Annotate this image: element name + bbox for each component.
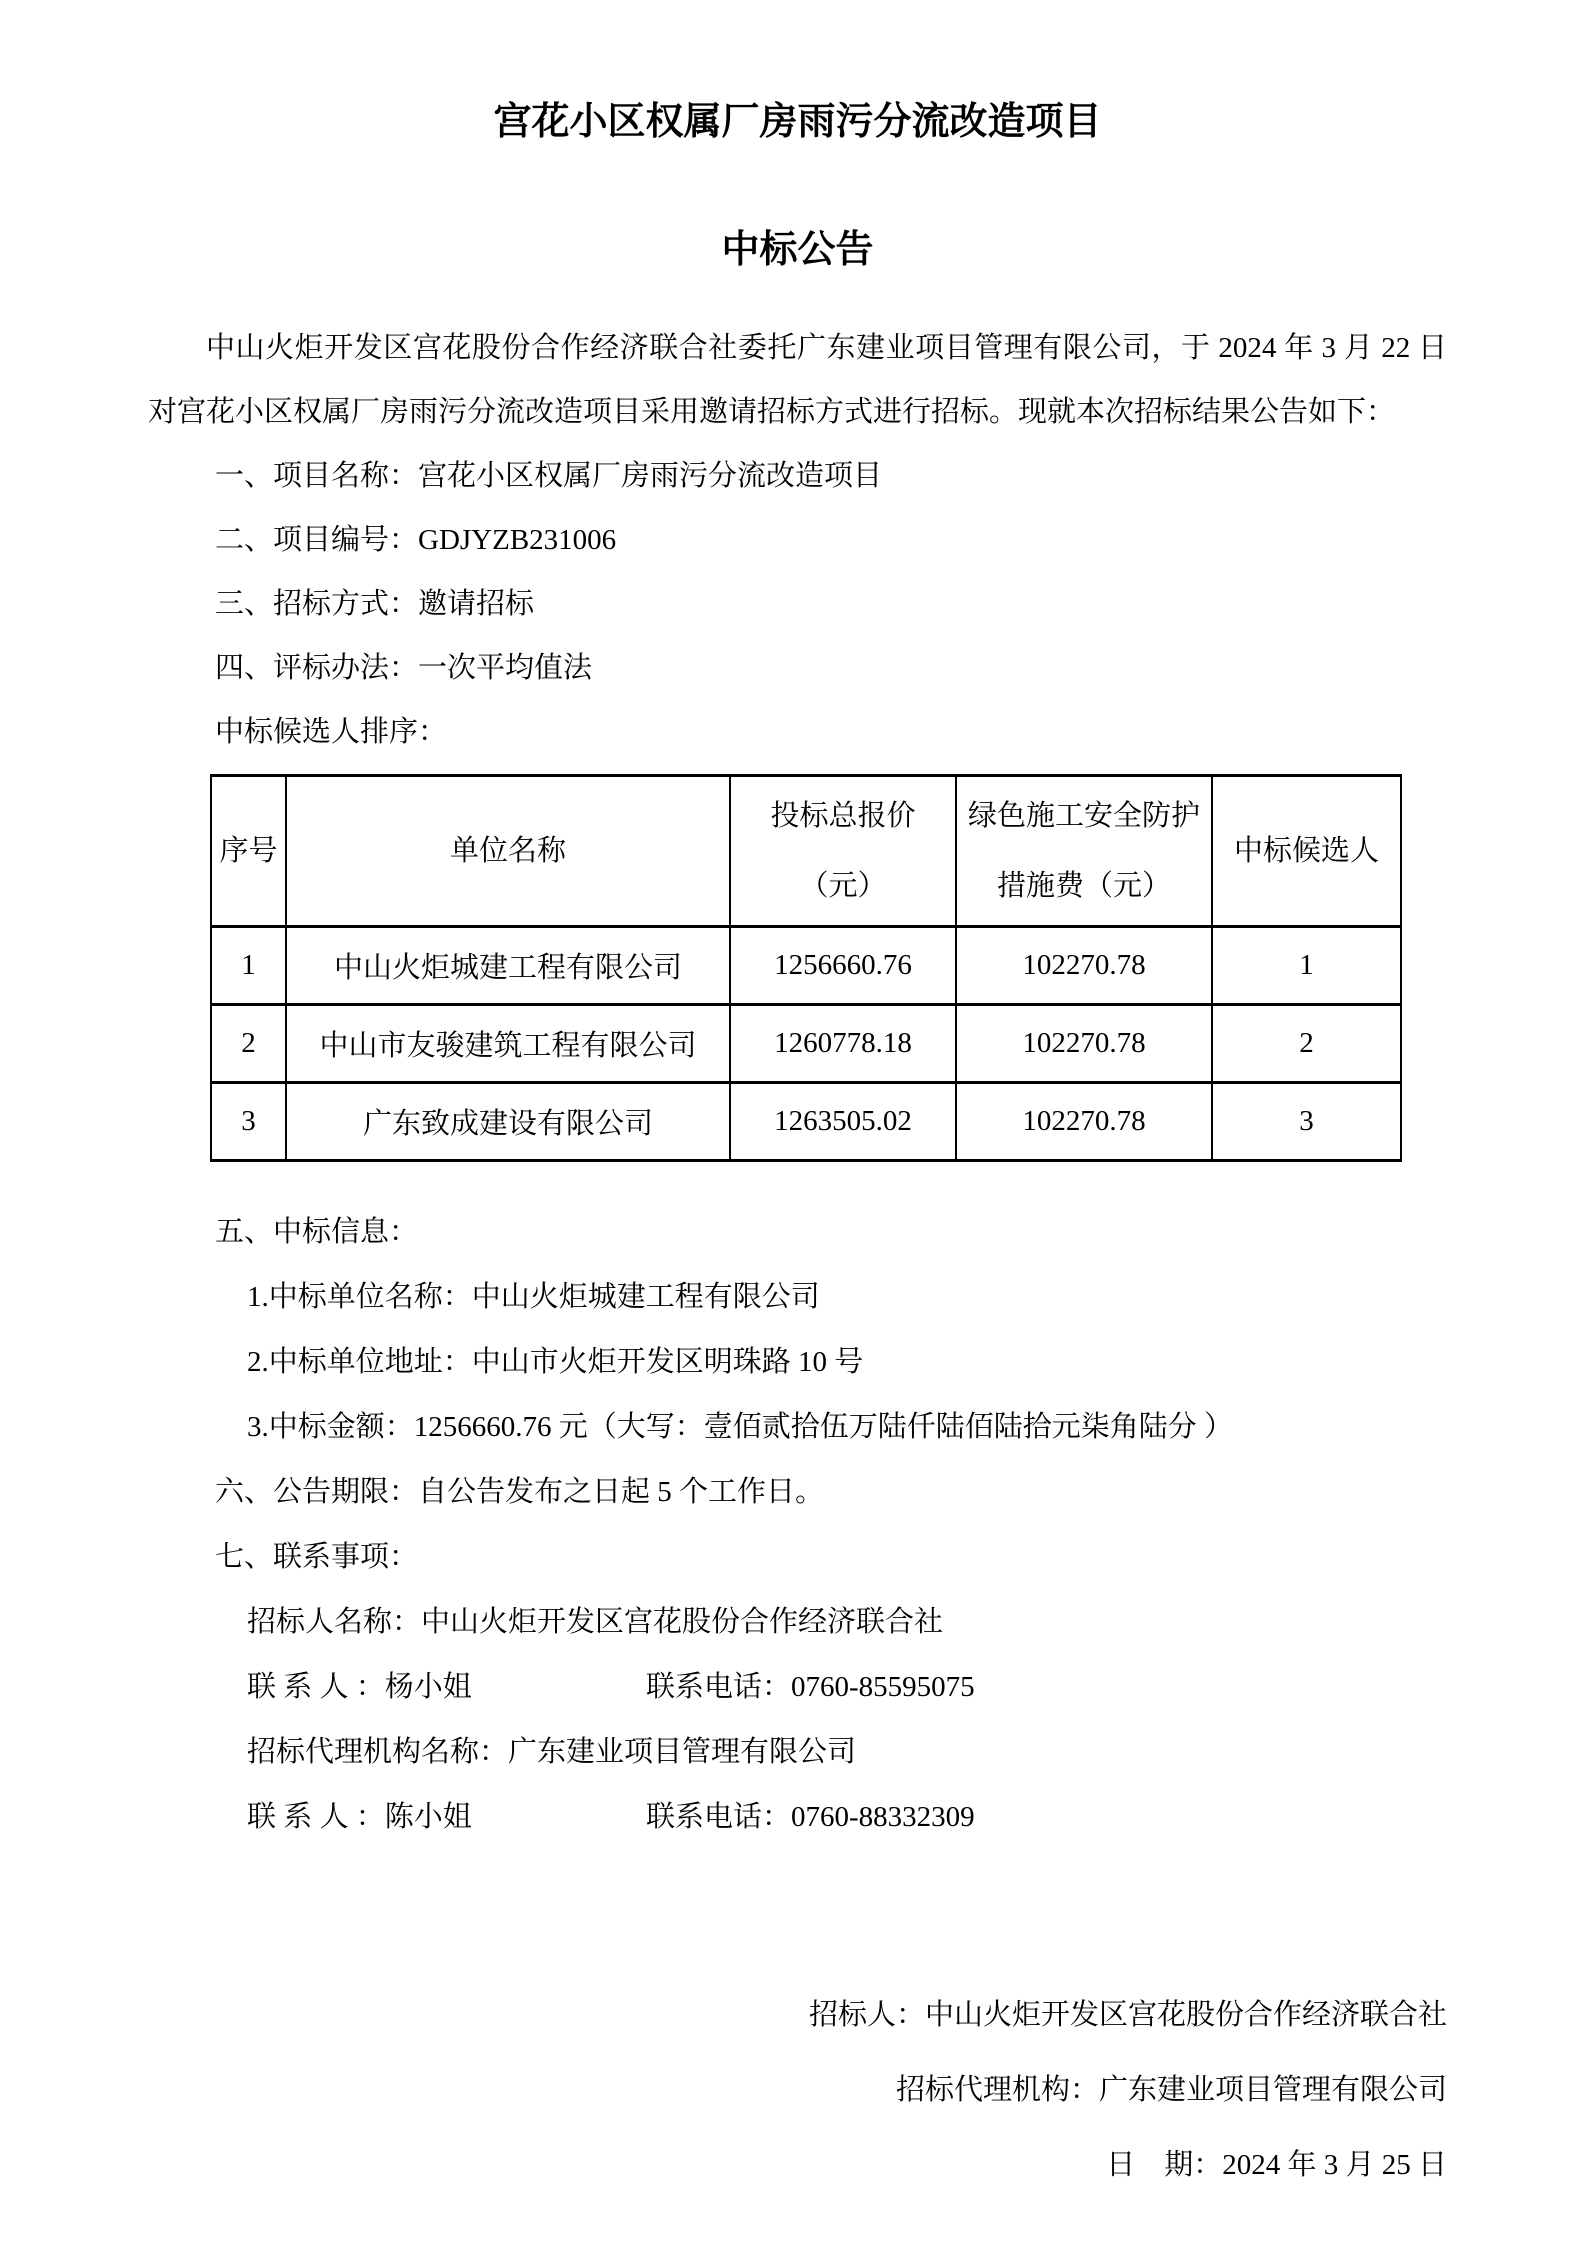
table-header-row: 序号 单位名称 投标总报价 （元） 绿色施工安全防护 措施费（元） 中标候选人 (211, 776, 1401, 927)
cell-candidate-rank: 1 (1212, 927, 1401, 1005)
award-winner-name: 1.中标单位名称：中山火炬城建工程有限公司 (148, 1265, 1447, 1330)
cell-seq: 3 (211, 1083, 286, 1161)
header-total-bid: 投标总报价 （元） (730, 776, 956, 927)
cell-candidate-rank: 3 (1212, 1083, 1401, 1161)
cell-safety-fee: 102270.78 (956, 927, 1212, 1005)
cell-company: 中山市友骏建筑工程有限公司 (286, 1005, 730, 1083)
contact-phone-bidder: 联系电话：0760-85595075 (646, 1655, 975, 1720)
table-row: 1 中山火炬城建工程有限公司 1256660.76 102270.78 1 (211, 927, 1401, 1005)
table-row: 2 中山市友骏建筑工程有限公司 1260778.18 102270.78 2 (211, 1005, 1401, 1083)
announcement-period: 六、公告期限：自公告发布之日起 5 个工作日。 (148, 1460, 1447, 1525)
cell-safety-fee: 102270.78 (956, 1083, 1212, 1161)
intro-paragraph: 中山火炬开发区宫花股份合作经济联合社委托广东建业项目管理有限公司，于 2024 … (148, 316, 1447, 444)
cell-total-bid: 1260778.18 (730, 1005, 956, 1083)
award-info-heading: 五、中标信息： (148, 1200, 1447, 1265)
bid-candidates-table: 序号 单位名称 投标总报价 （元） 绿色施工安全防护 措施费（元） 中标候选人 … (210, 774, 1402, 1162)
award-amount: 3.中标金额：1256660.76 元（大写：壹佰贰拾伍万陆仟陆佰陆拾元柒角陆分… (148, 1395, 1447, 1460)
section-project-number: 二、项目编号：GDJYZB231006 (148, 508, 1447, 572)
header-company: 单位名称 (286, 776, 730, 927)
header-seq: 序号 (211, 776, 286, 927)
award-and-contact-section: 五、中标信息： 1.中标单位名称：中山火炬城建工程有限公司 2.中标单位地址：中… (148, 1200, 1447, 1850)
section-bidding-method: 三、招标方式：邀请招标 (148, 572, 1447, 636)
cell-seq: 1 (211, 927, 286, 1005)
table-row: 3 广东致成建设有限公司 1263505.02 102270.78 3 (211, 1083, 1401, 1161)
cell-company: 中山火炬城建工程有限公司 (286, 927, 730, 1005)
ranking-label: 中标候选人排序： (148, 700, 1447, 764)
document-title: 宫花小区权属厂房雨污分流改造项目 (148, 95, 1447, 150)
section-evaluation-method: 四、评标办法：一次平均值法 (148, 636, 1447, 700)
signature-block: 招标人：中山火炬开发区宫花股份合作经济联合社 招标代理机构：广东建业项目管理有限… (148, 1978, 1447, 2203)
cell-safety-fee: 102270.78 (956, 1005, 1212, 1083)
header-candidate-rank: 中标候选人 (1212, 776, 1401, 927)
cell-total-bid: 1256660.76 (730, 927, 956, 1005)
bidder-name-line: 招标人名称：中山火炬开发区宫花股份合作经济联合社 (148, 1590, 1447, 1655)
cell-seq: 2 (211, 1005, 286, 1083)
document-subtitle: 中标公告 (148, 223, 1447, 278)
signature-agency: 招标代理机构：广东建业项目管理有限公司 (148, 2053, 1447, 2128)
contact-row-bidder: 联 系 人 ：杨小姐 联系电话：0760-85595075 (148, 1655, 1447, 1720)
cell-candidate-rank: 2 (1212, 1005, 1401, 1083)
contact-person-bidder: 联 系 人 ：杨小姐 (247, 1655, 646, 1720)
header-safety-fee: 绿色施工安全防护 措施费（元） (956, 776, 1212, 927)
award-winner-address: 2.中标单位地址：中山市火炬开发区明珠路 10 号 (148, 1330, 1447, 1395)
cell-total-bid: 1263505.02 (730, 1083, 956, 1161)
signature-date: 日 期：2024 年 3 月 25 日 (148, 2128, 1447, 2203)
agency-name-line: 招标代理机构名称：广东建业项目管理有限公司 (148, 1720, 1447, 1785)
signature-bidder: 招标人：中山火炬开发区宫花股份合作经济联合社 (148, 1978, 1447, 2053)
contact-heading: 七、联系事项： (148, 1525, 1447, 1590)
contact-phone-agency: 联系电话：0760-88332309 (646, 1785, 975, 1850)
contact-row-agency: 联 系 人 ：陈小姐 联系电话：0760-88332309 (148, 1785, 1447, 1850)
contact-person-agency: 联 系 人 ：陈小姐 (247, 1785, 646, 1850)
document-page: { "doc": { "title": "宫花小区权属厂房雨污分流改造项目", … (0, 0, 1587, 2245)
section-project-name: 一、项目名称：宫花小区权属厂房雨污分流改造项目 (148, 444, 1447, 508)
cell-company: 广东致成建设有限公司 (286, 1083, 730, 1161)
document-body: 中山火炬开发区宫花股份合作经济联合社委托广东建业项目管理有限公司，于 2024 … (148, 316, 1447, 764)
